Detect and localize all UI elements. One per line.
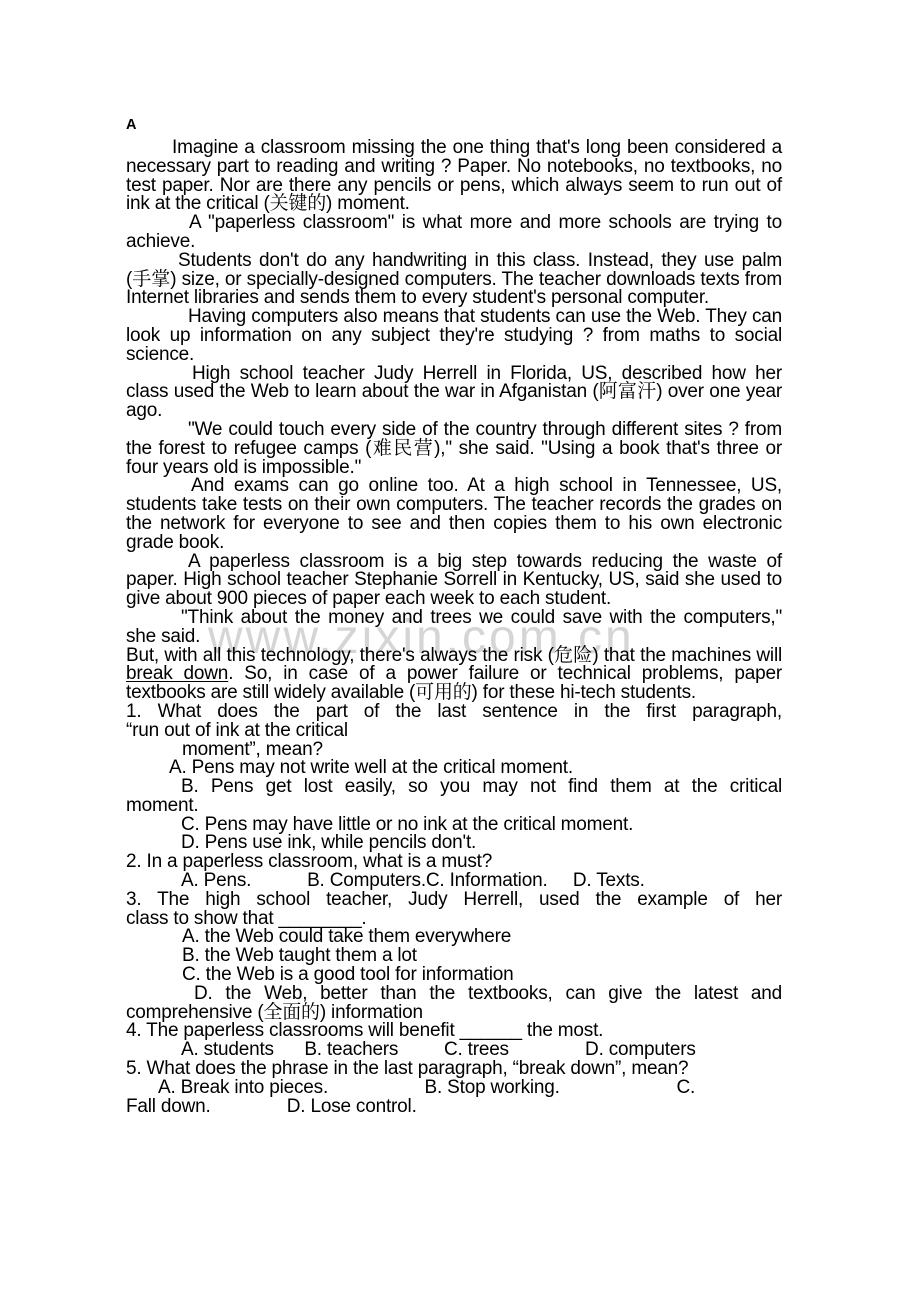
question-line: D. the Web, better than the textbooks, c… — [126, 985, 782, 1004]
passage-paragraph: High school teacher Judy Herrell in Flor… — [126, 365, 782, 421]
question-line: moment. — [126, 797, 782, 816]
passage-paragraph: A paperless classroom is a big step towa… — [126, 553, 782, 609]
passage-content: A Imagine a classroom missing the one th… — [126, 118, 782, 1116]
passage-blocks: Imagine a classroom missing the one thin… — [126, 139, 782, 1116]
passage-paragraph: A "paperless classroom" is what more and… — [126, 214, 782, 252]
question-line: B. Pens get lost easily, so you may not … — [126, 778, 782, 797]
question-line: 1. What does the part of the last senten… — [126, 703, 782, 722]
passage-paragraph: Having computers also means that student… — [126, 308, 782, 364]
passage-paragraph: "We could touch every side of the countr… — [126, 421, 782, 477]
passage-paragraph: Imagine a classroom missing the one thin… — [126, 139, 782, 214]
question-line: 3. The high school teacher, Judy Herrell… — [126, 891, 782, 910]
question-line: Fall down. D. Lose control. — [126, 1098, 782, 1117]
passage-paragraph: And exams can go online too. At a high s… — [126, 477, 782, 552]
passage-label: A — [126, 118, 782, 139]
question-line: A. Break into pieces. B. Stop working. C… — [126, 1079, 782, 1098]
passage-paragraph: Students don't do any handwriting in thi… — [126, 252, 782, 308]
document-page: www.zixin.com.cn A Imagine a classroom m… — [0, 0, 920, 1302]
passage-paragraph: "Think about the money and trees we coul… — [126, 609, 782, 647]
question-line: “run out of ink at the critical — [126, 722, 782, 741]
passage-paragraph: But, with all this technology, there's a… — [126, 647, 782, 703]
